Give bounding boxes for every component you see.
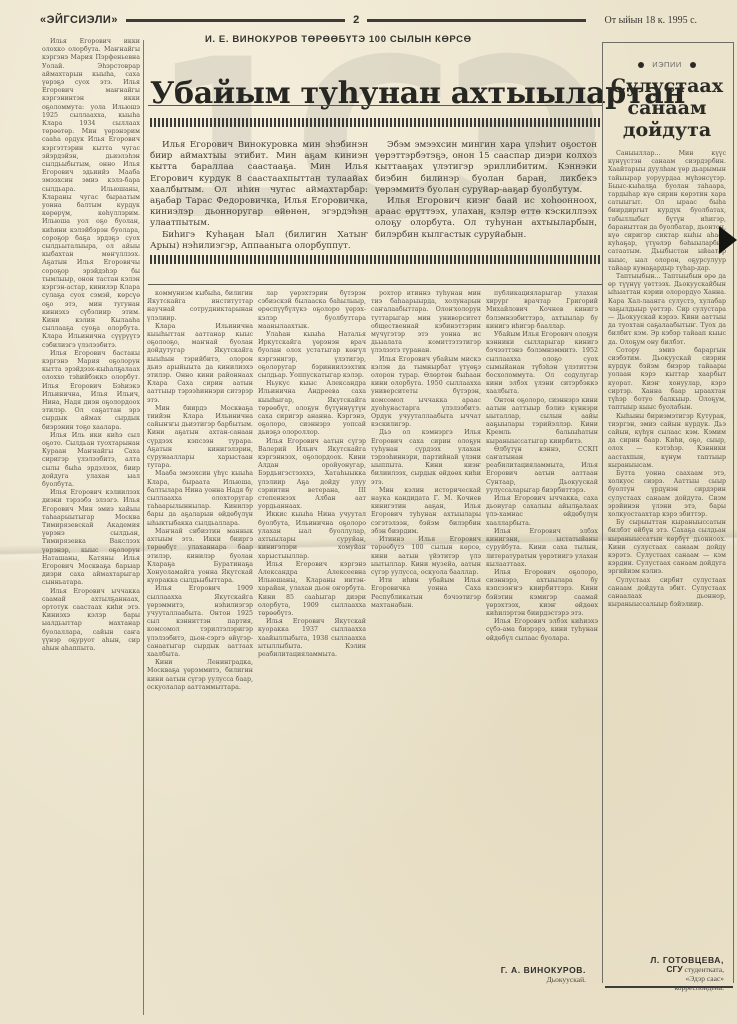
paragraph: Дьэ ол кэмнэргэ Илья Егорович саха сирин… [371, 429, 481, 486]
paragraph: Илья Егорович Якутскай куоракка 1937 сыл… [258, 618, 366, 659]
paragraph: Илья Егорович элбэх киһиэхэ сүбэ-ама биэ… [486, 618, 598, 643]
paragraph: Илья Иль ики киһэ сыл оҕото. Сылдьан туо… [42, 432, 140, 489]
paragraph: Мин кэлин историческай наука кандидата Г… [371, 487, 481, 536]
sidebar-title: Сулустаах санаам дойдута [602, 75, 732, 141]
paragraph: Убайым Илья Егорович олоҕун кэнники сылл… [486, 331, 598, 397]
sidebar-text: Саныыллар... Мин күүс күнүүстэн санаам с… [608, 150, 726, 925]
issue-date: От ыйын 18 к. 1995 с. [604, 15, 697, 26]
body-column-2: лар үөрэхтэрин бүтэрэн сэбиэскэй былааск… [258, 290, 366, 1015]
paragraph: Сулустаах сирбит сулустаах санаам дойдут… [608, 577, 726, 610]
paragraph: Илья Егорович Винокуровка мин эһэбинэн б… [150, 140, 368, 230]
paragraph: Илья Егорович икки олохко олорбута. Маҥн… [42, 38, 140, 350]
sidebar-author-line: студентката, [685, 965, 724, 974]
sidebar-author-line: «Эдэр саас» [608, 974, 724, 983]
paragraph: Саныыллар... Мин күүс күнүүстэн санаам с… [608, 150, 726, 273]
body-column-1: коммунизм кыбыһа, билигин Якутскайга инс… [147, 290, 253, 1015]
paragraph: Улаһан кыыһа Наталья Иркутскайга үөрэнэн… [258, 331, 366, 380]
sidebar-author-org: СГУ [666, 964, 682, 974]
paragraph: Илья Егорович ыччакка саамай ахтылҕаннаа… [42, 588, 140, 654]
paragraph: Таптыыбын... Таптыыбын өрө да өр түүнүү … [608, 273, 726, 347]
bullet-icon [690, 62, 696, 68]
paragraph: Клара Ильинична кыыһыттан ааттанар кыыс … [147, 323, 253, 405]
bullet-icon [638, 62, 644, 68]
article-signature: Г. А. ВИНОКУРОВ. Дьокуускай. [486, 965, 586, 984]
paragraph: Мин биирдэ Москваҕа тиийэн Клара Ильинич… [147, 405, 253, 471]
paragraph: Илья Егорович ыччакка, саха дьонугар сах… [486, 495, 598, 528]
paragraph: Илья Егорович аатын сүгэр Валерий Ильич … [258, 438, 366, 512]
rubric-label: ИЭПИИ [652, 60, 681, 69]
paragraph: Маҥнай сибиэтин маннык ахтыым этэ. Икки … [147, 528, 253, 585]
paragraph: Мааба эмээхсин үһүс кыыһа Клара, быраата… [147, 470, 253, 527]
paragraph: Илья Егорович убайым мискэ кэлэн да тымн… [371, 356, 481, 430]
left-column-text: Илья Егорович икки олохко олорбута. Маҥн… [42, 38, 140, 1013]
article-lead-left: Илья Егорович Винокуровка мин эһэбинэн б… [150, 140, 368, 252]
body-column-3: рохтор итиннэ туһунан мин тиэ баһаарыырд… [371, 290, 481, 1015]
paragraph: публикацияларыгар улахан хирург врачтар … [486, 290, 598, 331]
paragraph: Илья Егорович оҕолоро, сиэннэрэ, ахтыыла… [486, 569, 598, 618]
paragraph: Ньукус кыыс Александра Ильинична Андреев… [258, 380, 366, 437]
paragraph: Биһигэ Куһаҕан Ыал (билигин Хатыҥ Арыы) … [150, 230, 368, 252]
decorative-hatch-rule [150, 255, 600, 264]
paragraph: Илья Егорович бастакы кэргэнэ Мария оҕол… [42, 350, 140, 432]
paragraph: Илья Егорович киэҥ баай ис хоһоонноох, а… [375, 196, 597, 241]
paragraph: лар үөрэхтэрин бүтэрэн сэбиэскэй былааск… [258, 290, 366, 331]
paragraph: Илья Егорович элбэх кинигэни, ыстатыйаны… [486, 528, 598, 569]
sidebar-rubric: ИЭПИИ [602, 60, 732, 69]
paragraph: Бутта уонна саахаам этэ, холкуос сиэрэ. … [608, 470, 726, 519]
body-column-4: публикацияларыгар улахан хирург врачтар … [486, 290, 598, 945]
paragraph: коммунизм кыбыһа, билигин Якутскайга инс… [147, 290, 253, 323]
paragraph: Ити иһин убайым Илья Егоровичка уонна Са… [371, 577, 481, 610]
paragraph: Сотору эмиэ бараргын сиэбэтим. Дьокууска… [608, 347, 726, 413]
paragraph: Итиннэ Илья Егорович төрөөбүтэ 100 сылын… [371, 536, 481, 577]
paragraph: Иккис кыыһа Нина учуутал буолбута, Ильин… [258, 511, 366, 560]
paragraph: Илья Егорович кэлиилээх диэки тэрээбэ эл… [42, 489, 140, 587]
section-rule [148, 284, 603, 285]
paragraph: Кыһыны бириэмэтигэр Кутурак, тиэргэн, эм… [608, 413, 726, 470]
paragraph: Эбэм эмээхсин мингин хара үлэһит оҕостон… [375, 140, 597, 196]
paragraph: Кини Ленинградка, Москваҕа үөрэммитэ, би… [147, 659, 253, 692]
column-divider [143, 40, 144, 1015]
decorative-hatch-rule [150, 118, 600, 127]
page-number: 2 [353, 14, 359, 26]
newspaper-name: «ЭЙГСИЭЛИ» [40, 14, 118, 26]
paragraph: Илья Егорович 1909 сыллаахха Якутскайга … [147, 585, 253, 659]
article-kicker: И. Е. ВИНОКУРОВ ТӨРӨӨБҮТЭ 100 СЫЛЫН КӨРС… [205, 34, 472, 45]
author-name: Г. А. ВИНОКУРОВ. [486, 965, 586, 975]
headline-rule [148, 105, 603, 106]
paragraph: Өлбүтүн кэннэ, ССКП саҥатынан реабилитац… [486, 446, 598, 495]
paragraph: рохтор итиннэ туһунан мин тиэ баһаарыырд… [371, 290, 481, 356]
masthead-rule-left [126, 19, 345, 22]
masthead-rule-right [367, 19, 586, 22]
sidebar-bottom-rule [605, 986, 733, 988]
paragraph: Онтон оҕолоро, сиэннэрэ кини аатын аатты… [486, 397, 598, 446]
masthead: «ЭЙГСИЭЛИ» 2 От ыйын 18 к. 1995 с. [40, 12, 697, 28]
article-lead-right: Эбэм эмээхсин мингин хара үлэһит оҕостон… [375, 140, 597, 241]
author-place: Дьокуускай. [486, 975, 586, 984]
paragraph: Илья Егорович кэргэнэ Александра Алексее… [258, 561, 366, 618]
article-headline: Убайым туһунан ахтыылартан [150, 75, 602, 113]
page-edge-marker [719, 226, 737, 254]
paragraph: Бу сырыыттан кыраныыссатын билбэт өйбүн … [608, 519, 726, 576]
